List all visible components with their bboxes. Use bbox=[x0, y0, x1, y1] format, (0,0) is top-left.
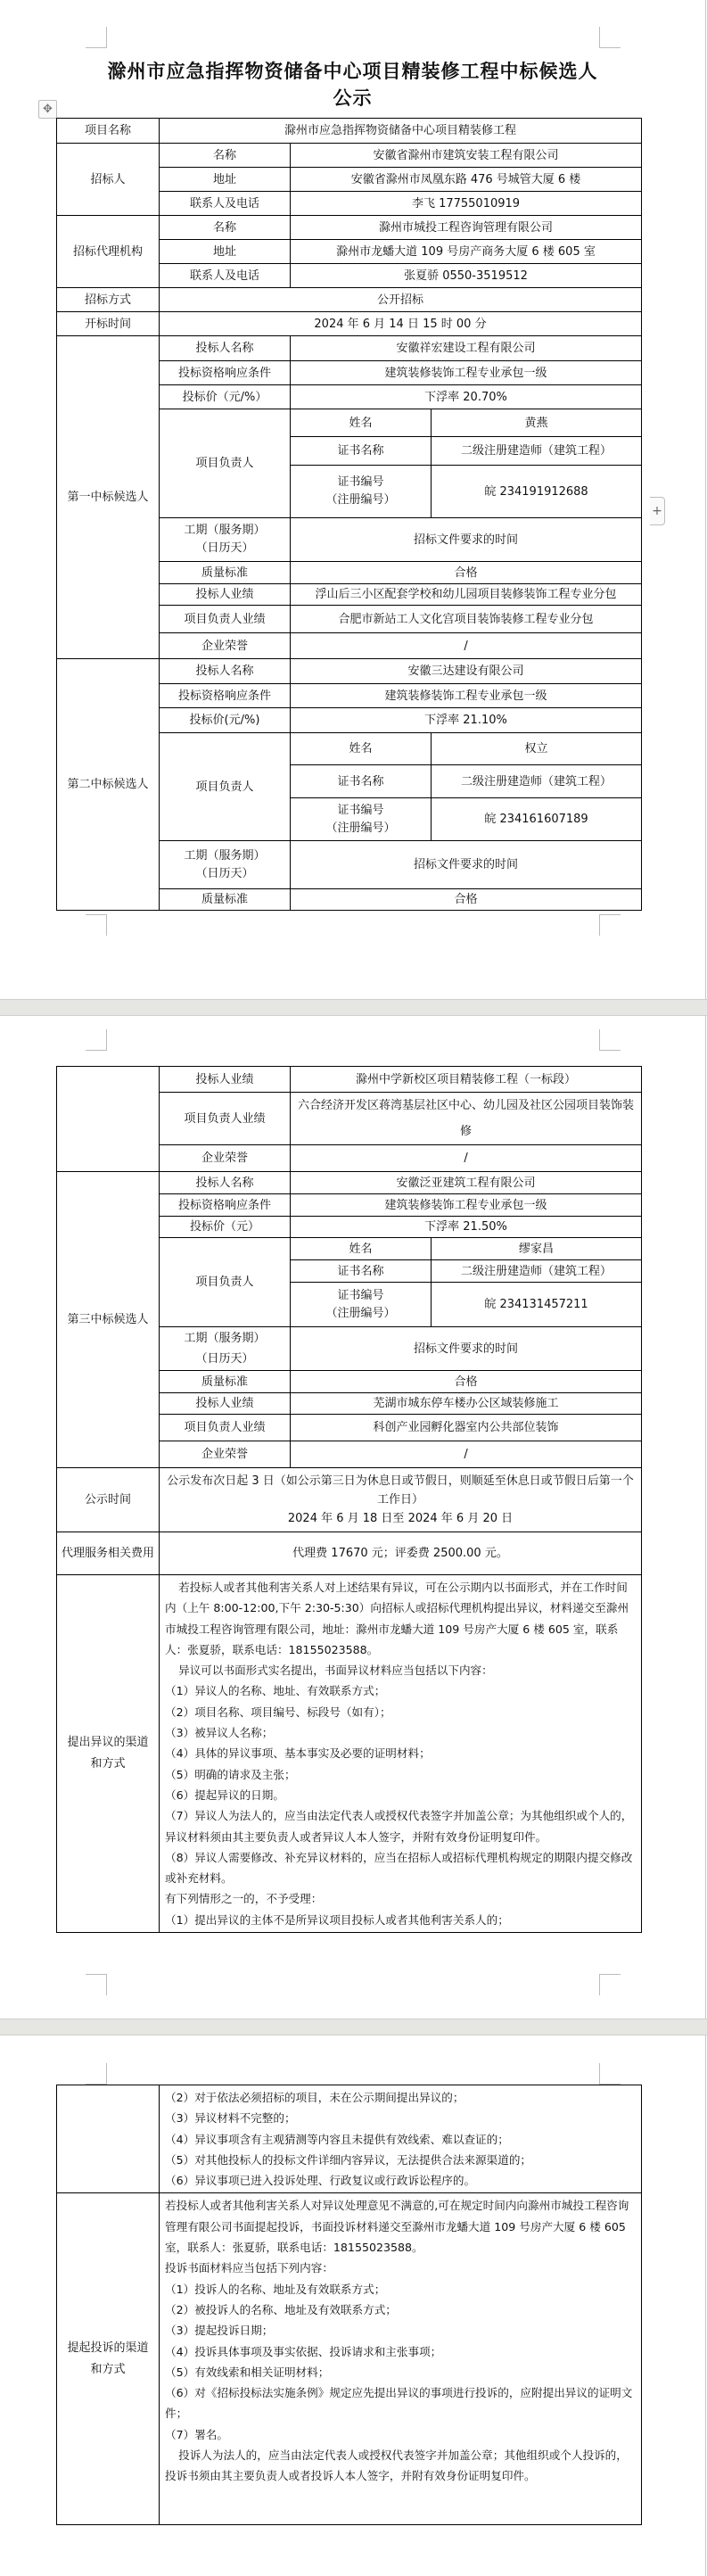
field-label: 工期（服务期） （日历天） bbox=[160, 518, 291, 562]
margin-corner-mark bbox=[86, 1029, 107, 1051]
objection-item: （1）异议人的名称、地址、有效联系方式； bbox=[165, 1680, 637, 1701]
tenderer-name: 安徽省滁州市建筑安装工程有限公司 bbox=[291, 144, 642, 168]
row-label: 提起投诉的渠道和方式 bbox=[57, 2193, 160, 2525]
tenderer-contact: 李飞 17755010919 bbox=[291, 192, 642, 216]
objection-content-intro: 异议可以书面形式实名提出，书面异议材料应当包括以下内容： bbox=[165, 1660, 637, 1680]
agency-address: 滁州市龙蟠大道 109 号房产商务大厦 6 楼 605 室 bbox=[291, 240, 642, 264]
field-label: 地址 bbox=[160, 168, 291, 192]
award-table-part-2: 投标人业绩 滁州中学新校区项目精装修工程（一标段） 项目负责人业绩 六合经济开发… bbox=[56, 1066, 642, 1933]
publicity-dates: 2024 年 6 月 18 日至 2024 年 6 月 20 日 bbox=[165, 1509, 636, 1528]
agency-fees: 代理费 17670 元；评委费 2500.00 元。 bbox=[160, 1532, 642, 1575]
complaint-intro: 若投标人或者其他利害关系人对异议处理意见不满意的,可在规定时间内向滁州市城投工程… bbox=[165, 2195, 637, 2258]
document-title: 滁州市应急指挥物资储备中心项目精装修工程中标候选人 bbox=[0, 59, 705, 84]
period-label-sub: （日历天） bbox=[162, 540, 287, 557]
field-label: 项目负责人 bbox=[160, 409, 291, 518]
period-label: 工期（服务期） bbox=[162, 847, 287, 865]
row-label: 开标时间 bbox=[57, 312, 160, 336]
bidder-performance: 浮山后三小区配套学校和幼儿园项目装修装饰工程专业分包 bbox=[291, 584, 642, 606]
objection-item: （4）具体的异议事项、基本事实及必要的证明材料； bbox=[165, 1743, 637, 1763]
sub-label: 证书名称 bbox=[291, 765, 432, 798]
page-gap bbox=[0, 999, 707, 1016]
field-label: 投标人名称 bbox=[160, 336, 291, 361]
field-label: 联系人及电话 bbox=[160, 264, 291, 288]
margin-corner-mark bbox=[599, 2063, 621, 2085]
cert-no-label: 证书编号 bbox=[293, 474, 428, 491]
candidate-label-continued bbox=[57, 1067, 160, 1172]
publicity-period: 公示发布次日起 3 日（如公示第三日为休息日或节假日，则顺延至休息日或节假日后第… bbox=[160, 1468, 642, 1532]
complaint-item: （2）被投诉人的名称、地址及有效联系方式； bbox=[165, 2299, 637, 2320]
reject-intro: 有下列情形之一的，不予受理： bbox=[165, 1888, 637, 1909]
document-page-2: 投标人业绩 滁州中学新校区项目精装修工程（一标段） 项目负责人业绩 六合经济开发… bbox=[0, 1016, 706, 2019]
qualification: 建筑装修装饰工程专业承包一级 bbox=[291, 1194, 642, 1217]
field-label: 投标价（元） bbox=[160, 1217, 291, 1238]
manager-name: 黄燕 bbox=[432, 409, 642, 437]
manager-performance: 科创产业园孵化器室内公共部位装饰 bbox=[291, 1415, 642, 1441]
field-label: 联系人及电话 bbox=[160, 192, 291, 216]
field-label: 投标人业绩 bbox=[160, 1393, 291, 1415]
construction-period: 招标文件要求的时间 bbox=[291, 1327, 642, 1371]
table-row: 项目名称 滁州市应急指挥物资储备中心项目精装修工程 bbox=[57, 119, 642, 144]
field-label: 质量标准 bbox=[160, 1371, 291, 1393]
sub-label: 证书编号 （注册编号） bbox=[291, 1283, 432, 1327]
field-label: 工期（服务期） （日历天） bbox=[160, 1327, 291, 1371]
margin-corner-mark bbox=[86, 2063, 107, 2085]
objection-item: （3）被异议人名称； bbox=[165, 1722, 637, 1743]
agency-name: 滁州市城投工程咨询管理有限公司 bbox=[291, 216, 642, 240]
manager-cert-no: 皖 234191912688 bbox=[432, 466, 642, 518]
project-name: 滁州市应急指挥物资储备中心项目精装修工程 bbox=[160, 119, 642, 144]
objection-item: （8）异议人需要修改、补充异议材料的，应当在招标人或招标代理机构规定的期限内提交… bbox=[165, 1847, 637, 1889]
publicity-rule: 公示发布次日起 3 日（如公示第三日为休息日或节假日，则顺延至休息日或节假日后第… bbox=[165, 1472, 636, 1509]
sub-label: 证书编号 （注册编号） bbox=[291, 798, 432, 841]
margin-corner-mark bbox=[599, 1974, 621, 1995]
row-label: 公示时间 bbox=[57, 1468, 160, 1532]
manager-cert-no: 皖 234131457211 bbox=[432, 1283, 642, 1327]
manager-name: 缪家昌 bbox=[432, 1238, 642, 1260]
quality-standard: 合格 bbox=[291, 562, 642, 584]
cert-no-label-sub: （注册编号） bbox=[293, 491, 428, 509]
complaint-item: （3）提起投诉日期； bbox=[165, 2320, 637, 2341]
field-label: 企业荣誉 bbox=[160, 1145, 291, 1172]
quality-standard: 合格 bbox=[291, 1371, 642, 1393]
candidate-label: 第二中标候选人 bbox=[57, 659, 160, 911]
table-row: 提出异议的渠道和方式 若投标人或者其他利害关系人对上述结果有异议，可在公示期内以… bbox=[57, 1575, 642, 1933]
margin-corner-mark bbox=[599, 1029, 621, 1051]
margin-corner-mark bbox=[599, 27, 621, 48]
reject-item: （6）异议事项已进入投诉处理、行政复议或行政诉讼程序的。 bbox=[165, 2170, 637, 2191]
bidder-name: 安徽泛亚建筑工程有限公司 bbox=[291, 1172, 642, 1194]
bid-price: 下浮率 21.50% bbox=[291, 1217, 642, 1238]
open-time: 2024 年 6 月 14 日 15 时 00 分 bbox=[160, 312, 642, 336]
row-label: 招标代理机构 bbox=[57, 216, 160, 288]
candidate-label: 第一中标候选人 bbox=[57, 336, 160, 659]
margin-corner-mark bbox=[86, 27, 107, 48]
period-label: 工期（服务期） bbox=[162, 1328, 287, 1349]
field-label: 工期（服务期） （日历天） bbox=[160, 841, 291, 889]
objection-reject-content: （2）对于依法必须招标的项目，未在公示期间提出异议的； （3）异议材料不完整的；… bbox=[160, 2085, 642, 2193]
margin-corner-mark bbox=[599, 914, 621, 936]
sub-label: 姓名 bbox=[291, 733, 432, 765]
objection-item: （7）异议人为法人的，应当由法定代表人或授权代表签字并加盖公章；为其他组织或个人… bbox=[165, 1805, 637, 1847]
table-row: 招标方式 公开招标 bbox=[57, 288, 642, 312]
field-label: 企业荣誉 bbox=[160, 633, 291, 659]
cert-no-label: 证书编号 bbox=[293, 802, 428, 820]
field-label: 质量标准 bbox=[160, 562, 291, 584]
field-label: 地址 bbox=[160, 240, 291, 264]
manager-performance: 合肥市新站工人文化宫项目装饰装修工程专业分包 bbox=[291, 606, 642, 633]
enterprise-honor: / bbox=[291, 1145, 642, 1172]
field-label: 投标资格响应条件 bbox=[160, 684, 291, 708]
field-label: 投标价(元/%) bbox=[160, 708, 291, 733]
field-label: 投标人业绩 bbox=[160, 1067, 291, 1093]
table-row: 提起投诉的渠道和方式 若投标人或者其他利害关系人对异议处理意见不满意的,可在规定… bbox=[57, 2193, 642, 2525]
document-subtitle: 公示 bbox=[0, 86, 705, 111]
row-label: 招标方式 bbox=[57, 288, 160, 312]
add-column-handle-icon[interactable]: + bbox=[650, 497, 665, 525]
sub-label: 证书名称 bbox=[291, 437, 432, 466]
sub-label: 姓名 bbox=[291, 1238, 432, 1260]
cert-no-label: 证书编号 bbox=[293, 1287, 428, 1305]
table-row: 第一中标候选人 投标人名称 安徽祥宏建设工程有限公司 bbox=[57, 336, 642, 361]
objection-item: （2）项目名称、项目编号、标段号（如有）； bbox=[165, 1702, 637, 1722]
bidder-name: 安徽三达建设有限公司 bbox=[291, 659, 642, 684]
field-label: 项目负责人业绩 bbox=[160, 606, 291, 633]
field-label: 项目负责人业绩 bbox=[160, 1093, 291, 1145]
reject-item: （5）对其他投标人的投标文件详细内容异议，无法提供合法来源渠道的； bbox=[165, 2150, 637, 2170]
bid-price: 下浮率 21.10% bbox=[291, 708, 642, 733]
row-label: 代理服务相关费用 bbox=[57, 1532, 160, 1575]
margin-corner-mark bbox=[86, 1974, 107, 1995]
manager-cert: 二级注册建造师（建筑工程） bbox=[432, 437, 642, 466]
field-label: 投标人名称 bbox=[160, 659, 291, 684]
reject-item: （2）对于依法必须招标的项目，未在公示期间提出异议的； bbox=[165, 2087, 637, 2108]
enterprise-honor: / bbox=[291, 633, 642, 659]
manager-cert: 二级注册建造师（建筑工程） bbox=[432, 765, 642, 798]
complaint-closing: 投诉人为法人的，应当由法定代表人或授权代表签字并加盖公章；其他组织或个人投诉的，… bbox=[165, 2445, 637, 2487]
enterprise-honor: / bbox=[291, 1441, 642, 1468]
field-label: 名称 bbox=[160, 144, 291, 168]
table-row: （2）对于依法必须招标的项目，未在公示期间提出异议的； （3）异议材料不完整的；… bbox=[57, 2085, 642, 2193]
field-label: 质量标准 bbox=[160, 889, 291, 911]
complaint-content: 若投标人或者其他利害关系人对异议处理意见不满意的,可在规定时间内向滁州市城投工程… bbox=[160, 2193, 642, 2525]
page-gap bbox=[0, 2019, 707, 2035]
table-row: 第三中标候选人 投标人名称 安徽泛亚建筑工程有限公司 bbox=[57, 1172, 642, 1194]
award-table-part-3: （2）对于依法必须招标的项目，未在公示期间提出异议的； （3）异议材料不完整的；… bbox=[56, 2085, 642, 2525]
agency-contact: 张夏骄 0550-3519512 bbox=[291, 264, 642, 288]
tender-method: 公开招标 bbox=[160, 288, 642, 312]
field-label: 项目负责人 bbox=[160, 1238, 291, 1327]
award-table-part-1: 项目名称 滁州市应急指挥物资储备中心项目精装修工程 招标人 名称 安徽省滁州市建… bbox=[56, 118, 642, 911]
bidder-performance: 芜湖市城东停车楼办公区域装修施工 bbox=[291, 1393, 642, 1415]
manager-name: 权立 bbox=[432, 733, 642, 765]
qualification: 建筑装修装饰工程专业承包一级 bbox=[291, 684, 642, 708]
construction-period: 招标文件要求的时间 bbox=[291, 841, 642, 889]
reject-item: （1）提出异议的主体不是所异议项目投标人或者其他利害关系人的； bbox=[165, 1910, 637, 1930]
complaint-item: （7）署名。 bbox=[165, 2424, 637, 2445]
complaint-content-intro: 投诉书面材料应当包括下列内容： bbox=[165, 2258, 637, 2278]
cert-no-label-sub: （注册编号） bbox=[293, 820, 428, 838]
margin-corner-mark bbox=[86, 914, 107, 936]
table-row: 开标时间 2024 年 6 月 14 日 15 时 00 分 bbox=[57, 312, 642, 336]
sub-label: 证书名称 bbox=[291, 1260, 432, 1283]
document-page-3: （2）对于依法必须招标的项目，未在公示期间提出异议的； （3）异议材料不完整的；… bbox=[0, 2035, 706, 2576]
reject-item: （4）异议事项含有主观猜测等内容且未提供有效线索、难以查证的； bbox=[165, 2129, 637, 2150]
table-row: 代理服务相关费用 代理费 17670 元；评委费 2500.00 元。 bbox=[57, 1532, 642, 1575]
candidate-label: 第三中标候选人 bbox=[57, 1172, 160, 1468]
field-label: 名称 bbox=[160, 216, 291, 240]
objection-intro: 若投标人或者其他利害关系人对上述结果有异议，可在公示期内以书面形式，并在工作时间… bbox=[165, 1577, 637, 1660]
field-label: 项目负责人 bbox=[160, 733, 291, 841]
table-row: 招标代理机构 名称 滁州市城投工程咨询管理有限公司 bbox=[57, 216, 642, 240]
cert-no-label-sub: （注册编号） bbox=[293, 1305, 428, 1323]
row-label: 提出异议的渠道和方式 bbox=[57, 1575, 160, 1933]
field-label: 投标资格响应条件 bbox=[160, 361, 291, 385]
construction-period: 招标文件要求的时间 bbox=[291, 518, 642, 562]
field-label: 投标人名称 bbox=[160, 1172, 291, 1194]
reject-item: （3）异议材料不完整的； bbox=[165, 2108, 637, 2128]
table-move-handle-icon[interactable]: ✥ bbox=[38, 100, 57, 119]
period-label-sub: （日历天） bbox=[162, 865, 287, 883]
objection-item: （6）提起异议的日期。 bbox=[165, 1785, 637, 1805]
objection-item: （5）明确的请求及主张； bbox=[165, 1764, 637, 1785]
sub-label: 姓名 bbox=[291, 409, 432, 437]
tenderer-address: 安徽省滁州市凤凰东路 476 号城管大厦 6 楼 bbox=[291, 168, 642, 192]
document-page-1: 滁州市应急指挥物资储备中心项目精装修工程中标候选人 公示 ✥ + 项目名称 滁州… bbox=[0, 0, 706, 999]
bid-price: 下浮率 20.70% bbox=[291, 385, 642, 409]
row-label: 项目名称 bbox=[57, 119, 160, 144]
complaint-item: （1）投诉人的名称、地址及有效联系方式； bbox=[165, 2279, 637, 2299]
row-label-continued bbox=[57, 2085, 160, 2193]
field-label: 投标人业绩 bbox=[160, 584, 291, 606]
period-label-sub: （日历天） bbox=[162, 1349, 287, 1369]
table-row: 投标人业绩 滁州中学新校区项目精装修工程（一标段） bbox=[57, 1067, 642, 1093]
row-label: 招标人 bbox=[57, 144, 160, 216]
field-label: 投标价（元/%） bbox=[160, 385, 291, 409]
quality-standard: 合格 bbox=[291, 889, 642, 911]
period-label: 工期（服务期） bbox=[162, 522, 287, 540]
bidder-name: 安徽祥宏建设工程有限公司 bbox=[291, 336, 642, 361]
qualification: 建筑装修装饰工程专业承包一级 bbox=[291, 361, 642, 385]
field-label: 企业荣誉 bbox=[160, 1441, 291, 1468]
objection-content: 若投标人或者其他利害关系人对上述结果有异议，可在公示期内以书面形式，并在工作时间… bbox=[160, 1575, 642, 1933]
manager-performance: 六合经济开发区蒋湾基层社区中心、幼儿园及社区公园项目装饰装修 bbox=[291, 1093, 642, 1145]
complaint-item: （6）对《招标投标法实施条例》规定应先提出异议的事项进行投诉的，应附提出异议的证… bbox=[165, 2382, 637, 2424]
manager-cert-no: 皖 234161607189 bbox=[432, 798, 642, 841]
table-row: 招标人 名称 安徽省滁州市建筑安装工程有限公司 bbox=[57, 144, 642, 168]
field-label: 项目负责人业绩 bbox=[160, 1415, 291, 1441]
complaint-item: （4）投诉具体事项及事实依据、投诉请求和主张事项； bbox=[165, 2341, 637, 2362]
sub-label: 证书编号 （注册编号） bbox=[291, 466, 432, 518]
complaint-item: （5）有效线索和相关证明材料； bbox=[165, 2362, 637, 2382]
manager-cert: 二级注册建造师（建筑工程） bbox=[432, 1260, 642, 1283]
table-row: 公示时间 公示发布次日起 3 日（如公示第三日为休息日或节假日，则顺延至休息日或… bbox=[57, 1468, 642, 1532]
field-label: 投标资格响应条件 bbox=[160, 1194, 291, 1217]
bidder-performance: 滁州中学新校区项目精装修工程（一标段） bbox=[291, 1067, 642, 1093]
table-row: 第二中标候选人 投标人名称 安徽三达建设有限公司 bbox=[57, 659, 642, 684]
